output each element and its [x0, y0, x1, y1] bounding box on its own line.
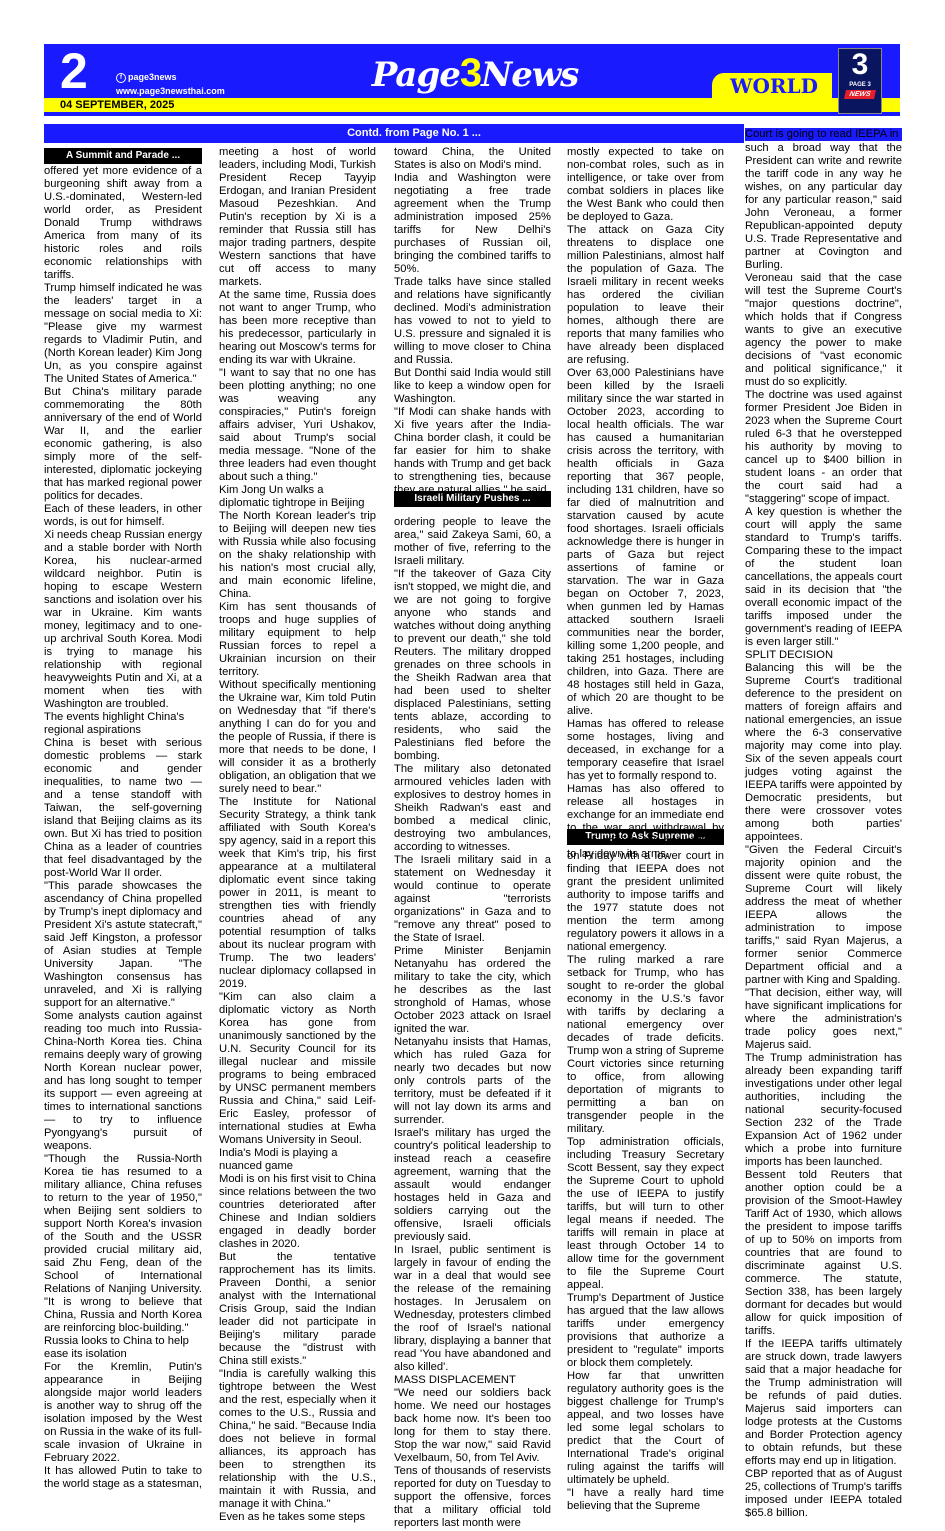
paragraph: Tens of thousands of reservists reported…: [394, 1465, 551, 1530]
paragraph: Some analysts caution against reading to…: [44, 1010, 202, 1153]
subheading: MASS DISPLACEMENT: [394, 1374, 551, 1387]
article-column-2: meeting a host of world leaders, includi…: [219, 146, 376, 1524]
page3-badge-logo: 3 PAGE 3 NEWS: [838, 48, 882, 114]
paragraph: If the IEEPA tariffs ultimately are stru…: [745, 1338, 902, 1468]
paragraph: "This parade showcases the ascendancy of…: [44, 880, 202, 1010]
paragraph: Over 63,000 Palestinians have been kille…: [567, 367, 724, 718]
paragraph: In Israel, public sentiment is largely i…: [394, 1244, 551, 1374]
masthead-divider: [44, 112, 900, 116]
column5-lead-line: Court is going to read IEEPA in: [745, 128, 902, 141]
paragraph: Israel's military has urged the country'…: [394, 1127, 551, 1244]
paragraph: A key question is whether the court will…: [745, 506, 902, 649]
paragraph: It has allowed Putin to take to the worl…: [44, 1465, 202, 1491]
paragraph: The military also detonated armoured veh…: [394, 763, 551, 854]
paragraph: "I have a really hard time believing tha…: [567, 1487, 724, 1513]
paragraph: But China's military parade commemoratin…: [44, 386, 202, 503]
paragraph: mostly expected to take on non-combat ro…: [567, 146, 724, 224]
paragraph: Top administration officials, including …: [567, 1136, 724, 1292]
website-link[interactable]: www.page3newsthai.com: [116, 84, 225, 98]
newspaper-logo: Page3News: [370, 50, 580, 96]
section-label: WORLD: [718, 72, 830, 100]
subheading: Russia looks to China to help ease its i…: [44, 1335, 202, 1361]
paragraph: How far that unwritten regulatory author…: [567, 1370, 724, 1487]
paragraph: Kim has sent thousands of troops and hug…: [219, 601, 376, 679]
article-column-1: offered yet more evidence of a burgeonin…: [44, 165, 202, 1491]
paragraph: The attack on Gaza City threatens to dis…: [567, 224, 724, 367]
paragraph: offered yet more evidence of a burgeonin…: [44, 165, 202, 282]
paragraph: meeting a host of world leaders, includi…: [219, 146, 376, 289]
paragraph: "Though the Russia-North Korea tie has r…: [44, 1153, 202, 1335]
paragraph: ordering people to leave the area," said…: [394, 516, 551, 568]
badge-number: 3: [839, 49, 881, 81]
article-column-5: such a broad way that the President can …: [745, 142, 902, 1520]
paragraph: Trade talks have since stalled and relat…: [394, 276, 551, 367]
subheading: SPLIT DECISION: [745, 649, 902, 662]
paragraph: Xi needs cheap Russian energy and a stab…: [44, 529, 202, 711]
paragraph: "Given the Federal Circuit's majority op…: [745, 844, 902, 987]
paragraph: China is beset with serious domestic pro…: [44, 737, 202, 880]
section-heading-summit: A Summit and Parade ...: [44, 148, 202, 164]
social-links: fpage3news www.page3newsthai.com: [116, 70, 225, 98]
paragraph: The North Korean leader's trip to Beijin…: [219, 510, 376, 601]
paragraph: "I want to say that no one has been plot…: [219, 367, 376, 484]
paragraph: Prime Minister Benjamin Netanyahu has or…: [394, 945, 551, 1036]
paragraph: "If the takeover of Gaza City isn't stop…: [394, 568, 551, 763]
paragraph: "Kim can also claim a diplomatic victory…: [219, 991, 376, 1147]
logo-suffix: News: [481, 55, 578, 95]
paragraph: The ruling marked a rare setback for Tru…: [567, 954, 724, 1136]
paragraph: The doctrine was used against former Pre…: [745, 389, 902, 506]
subheading: India's Modi is playing a nuanced game: [219, 1147, 376, 1173]
paragraph: toward China, the United States is also …: [394, 146, 551, 172]
paragraph: on Friday with a lower court in finding …: [567, 850, 724, 954]
page-number: 2: [60, 44, 88, 98]
paragraph: Hamas has offered to release some hostag…: [567, 718, 724, 783]
facebook-icon: f: [116, 73, 126, 83]
paragraph: Netanyahu insists that Hamas, which has …: [394, 1036, 551, 1127]
paragraph: Trump himself indicated he was the leade…: [44, 282, 202, 386]
paragraph: CBP reported that as of August 25, colle…: [745, 1468, 902, 1520]
facebook-handle[interactable]: page3news: [128, 72, 177, 82]
paragraph: For the Kremlin, Putin's appearance in B…: [44, 1361, 202, 1465]
paragraph: Each of these leaders, in other words, i…: [44, 503, 202, 529]
paragraph: Without specifically mentioning the Ukra…: [219, 679, 376, 796]
subheading: The events highlight China's regional as…: [44, 711, 202, 737]
article-column-3-bottom: ordering people to leave the area," said…: [394, 516, 551, 1530]
paragraph: The Institute for National Security Stra…: [219, 796, 376, 991]
paragraph: "We need our soldiers back home. We need…: [394, 1387, 551, 1465]
paragraph: "That decision, either way, will have si…: [745, 987, 902, 1052]
paragraph: Even as he takes some steps: [219, 1511, 376, 1524]
paragraph: At the same time, Russia does not want t…: [219, 289, 376, 367]
paragraph: "If Modi can shake hands with Xi five ye…: [394, 406, 551, 497]
badge-page: PAGE 3: [839, 81, 881, 89]
paragraph: India and Washington were negotiating a …: [394, 172, 551, 276]
article-column-4-bottom: on Friday with a lower court in finding …: [567, 850, 724, 1513]
issue-date: 04 SEPTEMBER, 2025: [60, 98, 174, 112]
paragraph: Modi is on his first visit to China sinc…: [219, 1173, 376, 1251]
logo-prefix: Page: [372, 55, 460, 95]
paragraph: Bessent told Reuters that another option…: [745, 1169, 902, 1338]
paragraph: Veroneau said that the case will test th…: [745, 272, 902, 389]
paragraph: "India is carefully walking this tightro…: [219, 1368, 376, 1511]
subheading: Kim Jong Un walks a diplomatic tightrope…: [219, 484, 376, 510]
paragraph: Balancing this will be the Supreme Court…: [745, 662, 902, 844]
paragraph: Trump's Department of Justice has argued…: [567, 1292, 724, 1370]
continued-banner-text: Contd. from Page No. 1 ...: [44, 124, 744, 143]
paragraph: But Donthi said India would still like t…: [394, 367, 551, 406]
paragraph: such a broad way that the President can …: [745, 142, 902, 272]
article-column-4-top: mostly expected to take on non-combat ro…: [567, 146, 724, 861]
paragraph: The Israeli military said in a statement…: [394, 854, 551, 945]
paragraph: But the tentative rapprochement has its …: [219, 1251, 376, 1368]
paragraph: The Trump administration has already bee…: [745, 1052, 902, 1169]
article-column-3-top: toward China, the United States is also …: [394, 146, 551, 497]
logo-number: 3: [460, 51, 481, 95]
badge-news: NEWS: [844, 90, 876, 99]
